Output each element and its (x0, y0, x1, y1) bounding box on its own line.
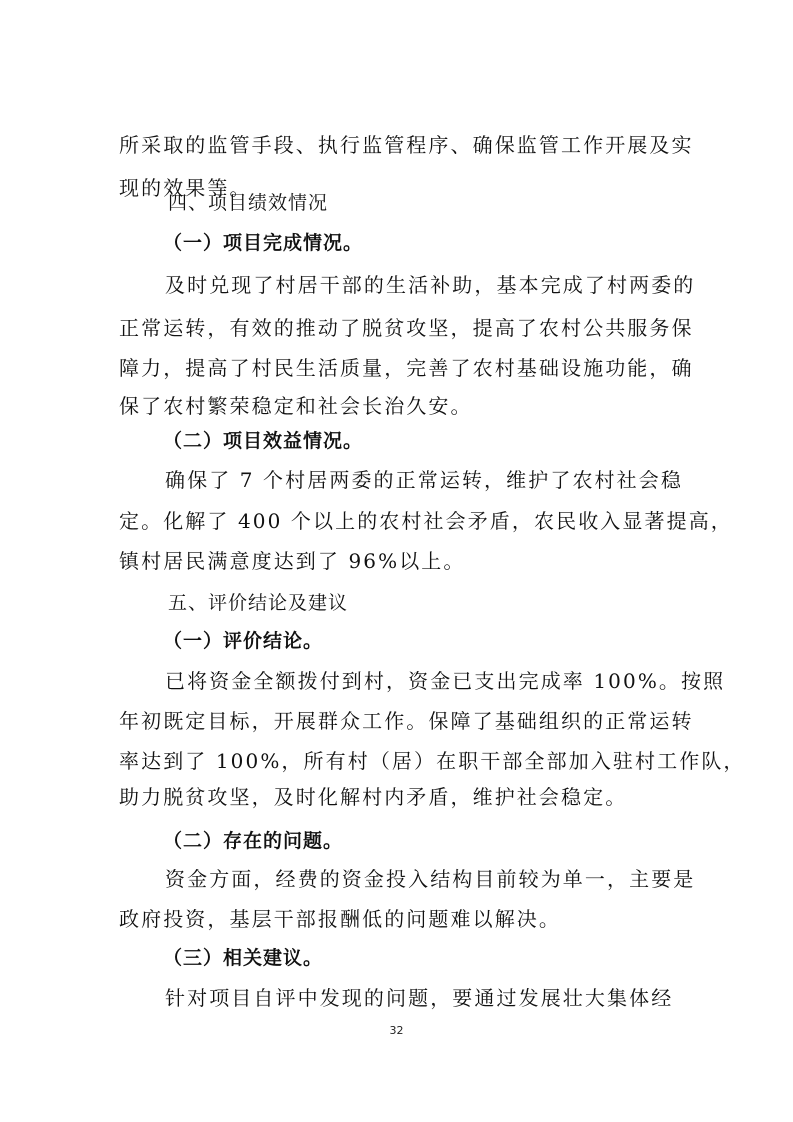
body-line: 定。化解了 400 个以上的农村社会矛盾，农民收入显著提高， (119, 508, 675, 534)
body-line: 及时兑现了村居干部的生活补助，基本完成了村两委的 (165, 272, 675, 298)
body-line: 障力，提高了村民生活质量，完善了农村基础设施功能，确 (119, 355, 675, 381)
subsection-heading: （二）存在的问题。 (163, 828, 719, 854)
body-line: 保了农村繁荣稳定和社会长治久安。 (119, 393, 675, 419)
subsection-heading: （一）项目完成情况。 (163, 230, 719, 256)
subsection-heading: （二）项目效益情况。 (163, 428, 719, 454)
section-heading: 四、项目绩效情况 (168, 190, 724, 216)
body-line: 资金方面，经费的资金投入结构目前较为单一，主要是 (165, 866, 675, 892)
body-line: 正常运转，有效的推动了脱贫攻坚，提高了农村公共服务保 (119, 315, 675, 341)
page-number: 32 (0, 1024, 793, 1037)
subsection-heading: （一）评价结论。 (163, 628, 719, 654)
body-line: 针对项目自评中发现的问题，要通过发展壮大集体经 (165, 985, 675, 1011)
body-line: 政府投资，基层干部报酬低的问题难以解决。 (119, 906, 675, 932)
subsection-heading: （三）相关建议。 (163, 945, 719, 971)
document-page: 所采取的监管手段、执行监管程序、确保监管工作开展及实 现的效果等。 四、项目绩效… (0, 0, 793, 1122)
section-heading: 五、评价结论及建议 (168, 590, 724, 616)
body-line: 率达到了 100%，所有村（居）在职干部全部加入驻村工作队， (119, 748, 675, 774)
body-line: 已将资金全额拨付到村，资金已支出完成率 100%。按照 (165, 668, 675, 694)
body-line: 镇村居民满意度达到了 96%以上。 (119, 548, 675, 574)
body-line: 所采取的监管手段、执行监管程序、确保监管工作开展及实 (119, 132, 675, 158)
body-line: 年初既定目标，开展群众工作。保障了基础组织的正常运转 (119, 708, 675, 734)
body-line: 助力脱贫攻坚，及时化解村内矛盾，维护社会稳定。 (119, 784, 675, 810)
body-line: 确保了 7 个村居两委的正常运转，维护了农村社会稳 (165, 467, 675, 493)
